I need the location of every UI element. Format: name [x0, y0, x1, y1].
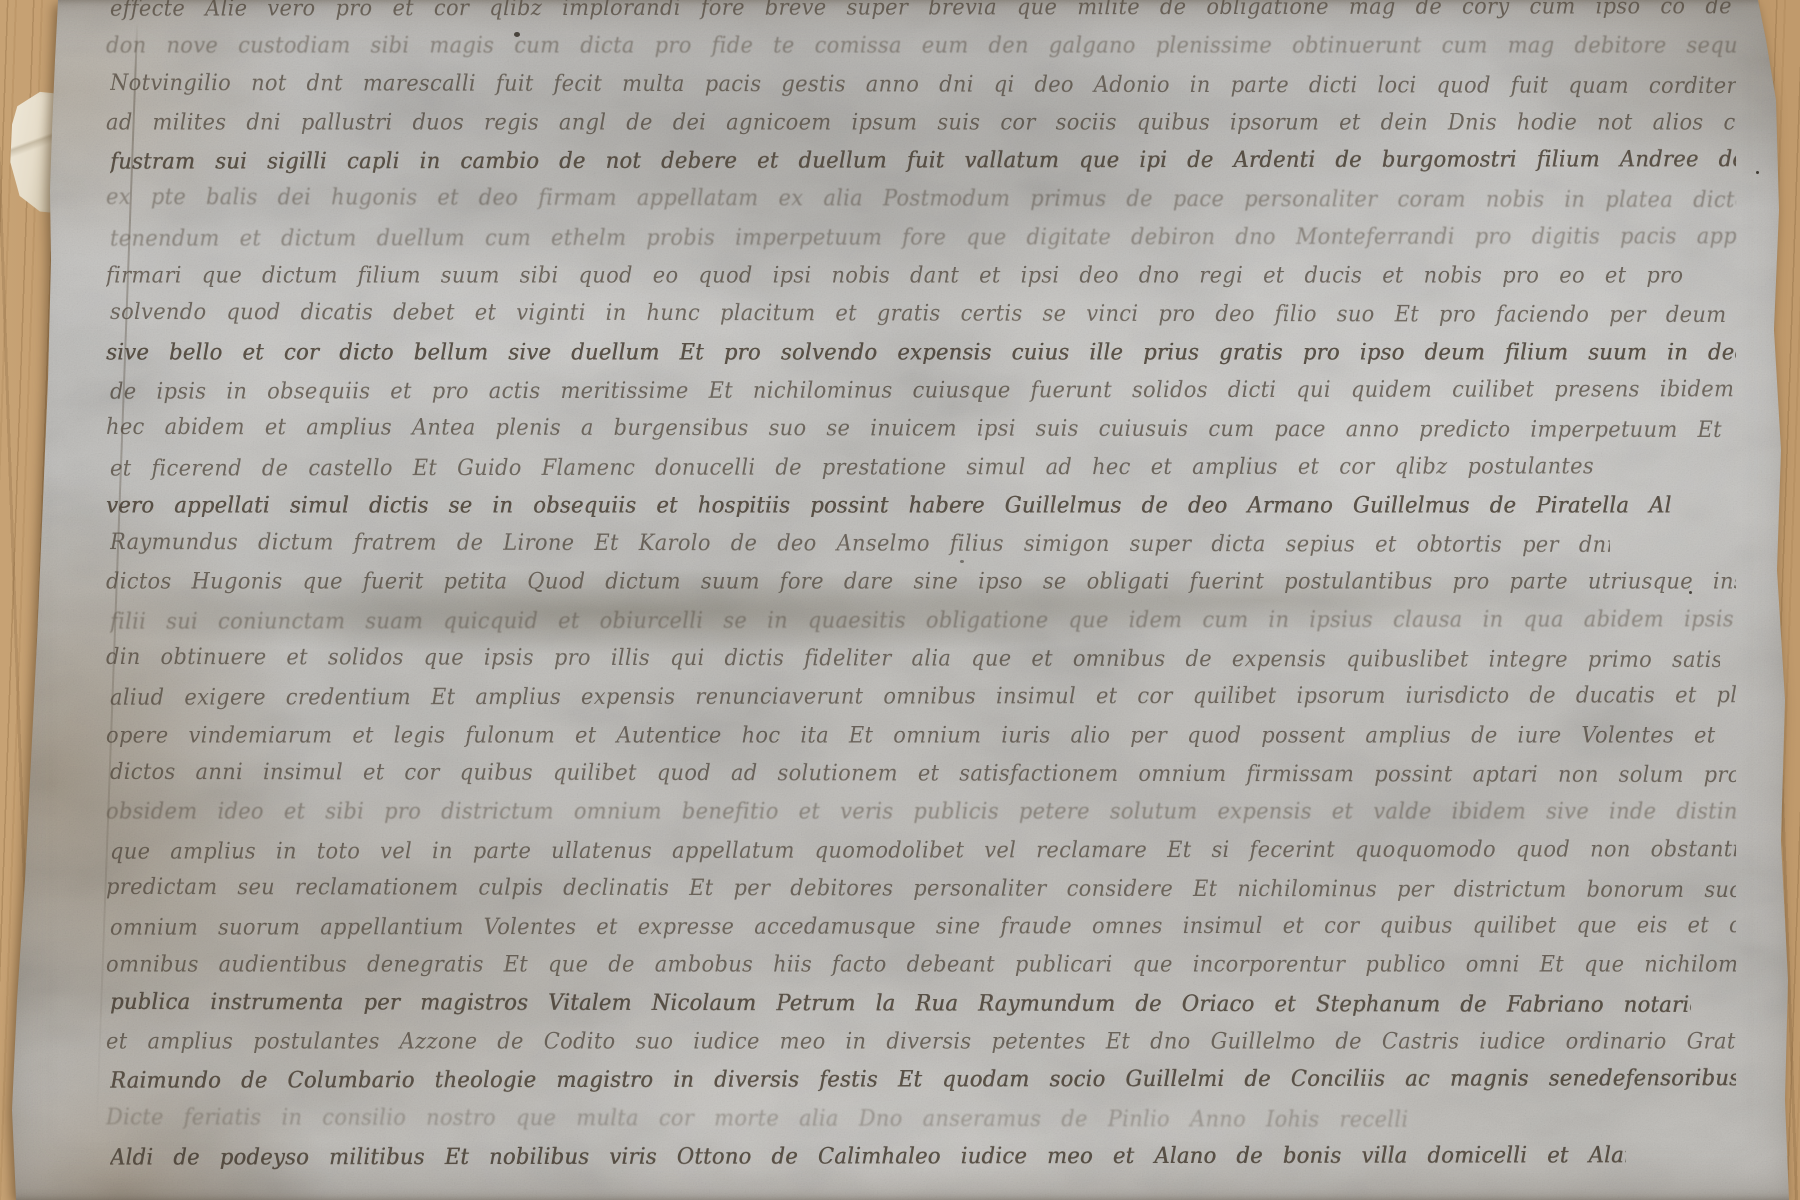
manuscript-line: dictos Hugonis que fuerit petita Quod di… [106, 561, 1736, 602]
manuscript-line: filii sui coniunctam suam quicquid et ob… [110, 598, 1736, 642]
manuscript-line: Notvingilio not dnt marescalli fuit feci… [110, 62, 1736, 106]
manuscript-line: Dicte feriatis in consilio nostro que mu… [106, 1096, 1410, 1140]
photo-of-medieval-charter: effecte Alie vero pro et cor qlibz implo… [0, 0, 1800, 1200]
parchment-sheet: effecte Alie vero pro et cor qlibz implo… [0, 0, 1800, 1200]
manuscript-text: effecte Alie vero pro et cor qlibz implo… [106, 0, 1736, 1175]
manuscript-line: sive bello et cor dicto bellum sive duel… [106, 331, 1736, 372]
manuscript-line: et ficerend de castello Et Guido Flamenc… [110, 445, 1593, 489]
ink-speck [236, 856, 238, 858]
manuscript-line: Aldi de podeyso militibus Et nobilibus v… [110, 1134, 1626, 1178]
manuscript-line: firmari que dictum filium suum sibi quod… [106, 255, 1703, 296]
ink-blot [514, 32, 520, 37]
manuscript-line: omnium suorum appellantium Volentes et e… [110, 904, 1736, 948]
parchment-shadow-wrap: effecte Alie vero pro et cor qlibz implo… [0, 0, 1800, 1200]
manuscript-line: predictam seu reclamationem culpis decli… [106, 866, 1736, 910]
manuscript-line: hec abidem et amplius Antea plenis a bur… [106, 406, 1736, 450]
manuscript-line: solvendo quod dicatis debet et viginti i… [110, 291, 1736, 335]
manuscript-line: aliud exigere credentium Et amplius expe… [110, 675, 1736, 719]
manuscript-line: Raimundo de Columbario theologie magistr… [110, 1058, 1736, 1102]
manuscript-line: opere vindemiarum et legis fulonum et Au… [106, 714, 1736, 755]
manuscript-line: ad milites dni pallustri duos regis angl… [106, 101, 1736, 142]
manuscript-line: Raymundus dictum fratrem de Lirone Et Ka… [110, 521, 1610, 565]
ink-speck [1689, 591, 1692, 594]
manuscript-line: omnibus audientibus denegratis Et que de… [106, 944, 1736, 985]
manuscript-line: vero appellati simul dictis se in obsequ… [106, 484, 1671, 525]
manuscript-line: ex pte balis dei hugonis et deo firmam a… [106, 176, 1736, 220]
manuscript-line: don nove custodiam sibi magis cum dicta … [106, 25, 1736, 66]
manuscript-line: tenendum et dictum duellum cum ethelm pr… [110, 215, 1736, 259]
ink-speck [1756, 171, 1759, 174]
manuscript-line: obsidem ideo et sibi pro districtum omni… [106, 791, 1736, 832]
manuscript-line: publica instrumenta per magistros Vitale… [110, 981, 1691, 1025]
ink-speck [960, 560, 964, 563]
manuscript-line: que amplius in toto vel in parte ullaten… [110, 828, 1736, 872]
manuscript-line: dictos anni insimul et cor quibus quilib… [110, 751, 1736, 795]
manuscript-line: et amplius postulantes Azzone de Codito … [106, 1020, 1736, 1061]
